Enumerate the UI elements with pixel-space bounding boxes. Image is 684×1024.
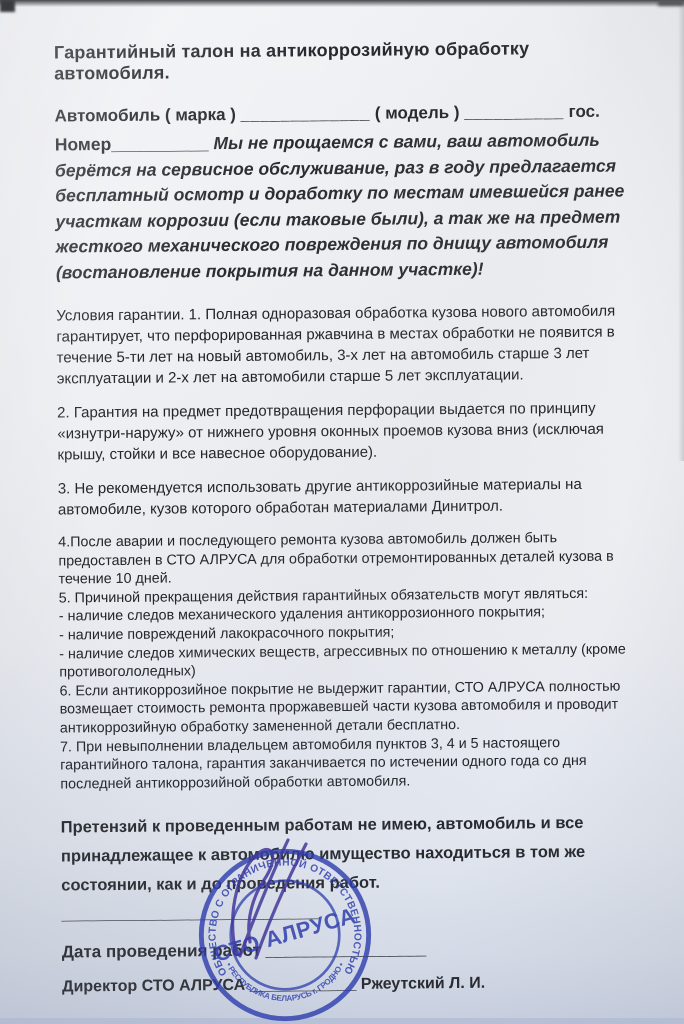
car-gos-label: гос. [568, 102, 599, 121]
photo-top-edge [0, 0, 684, 7]
car-model-blank-field: __________ [464, 102, 564, 122]
car-info-line: Автомобиль ( марка ) _____________ ( мод… [54, 101, 634, 126]
car-make-blank-field: _____________ [241, 104, 371, 124]
document-title: Гарантийный талон на антикоррозийную обр… [54, 37, 634, 84]
car-number-blank-field: Номер__________ [55, 133, 209, 154]
director-signature [206, 836, 356, 966]
terms-block-4-7: 4.После аварии и последующего ремонта ку… [58, 528, 640, 793]
signature-stroke [233, 850, 273, 954]
car-model-label: ( модель ) [375, 103, 460, 123]
terms-line: 7. При невыполнении владельцем автомобил… [60, 733, 640, 794]
terms-line: 4.После аварии и последующего ремонта ку… [58, 528, 638, 589]
photo-right-edge [678, 0, 684, 461]
photo-corner-top-left [0, 0, 15, 12]
document-photo: Гарантийный талон на антикоррозийную обр… [0, 0, 684, 1024]
terms-paragraph-3: 3. Не рекомендуется использовать другие … [58, 473, 638, 520]
terms-line: - наличие следов химических веществ, агр… [59, 640, 639, 682]
intro-paragraph: Номер__________ Мы не прощаемся с вами, … [55, 127, 636, 285]
terms-line: 6. Если антикоррозийное покрытие не выде… [59, 677, 639, 738]
terms-paragraph-2: 2. Гарантия на предмет предотвращения пе… [57, 397, 638, 465]
director-name: Ржеутский Л. И. [361, 975, 485, 993]
warranty-terms: Условия гарантии. 1. Полная одноразовая … [56, 300, 638, 520]
car-make-label: Автомобиль ( марка ) [54, 105, 236, 126]
signature-stroke [256, 844, 306, 958]
terms-paragraph-1: Условия гарантии. 1. Полная одноразовая … [56, 300, 637, 389]
